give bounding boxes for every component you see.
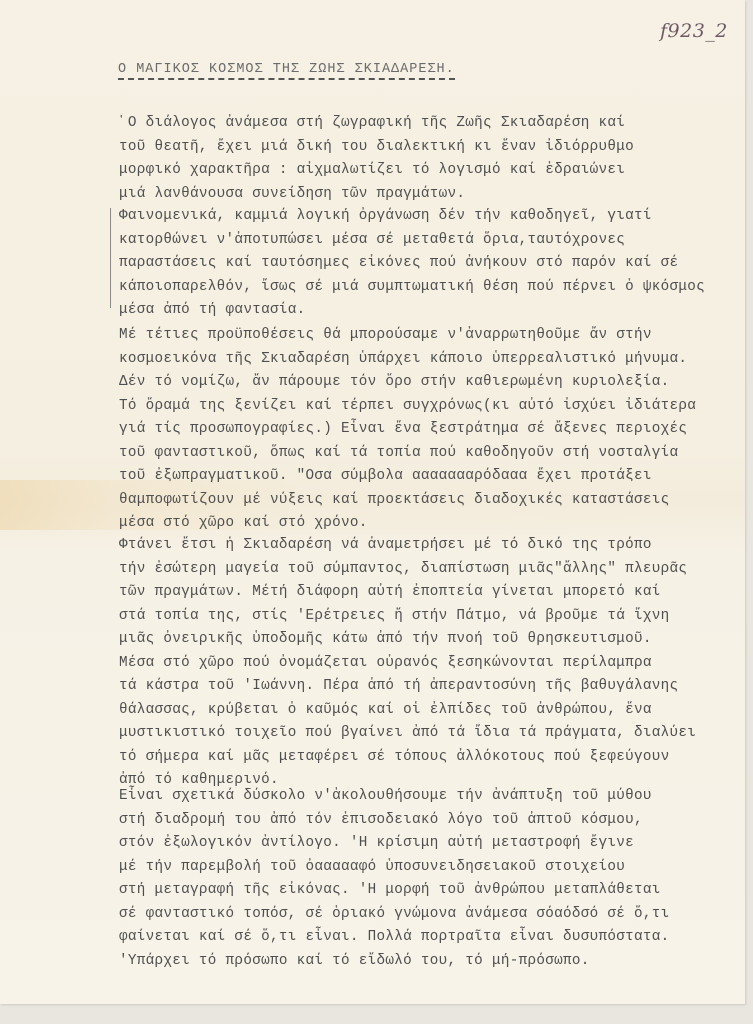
text-line: μυστικιστικό τοιχεῖο πού βγαίνει ἀπό τά … — [119, 722, 709, 746]
text-line: στά τοπία της, στίς 'Ερέτρειες ἤ στήν Πά… — [119, 605, 709, 629]
text-line: φαίνεται καί σέ ὅ,τι εἶναι. Πολλά πορτρα… — [119, 926, 709, 950]
text-line: τοῦ ἐξωπραγματικοῦ. "Οσα σύμβολα ααααααα… — [119, 465, 709, 489]
paragraph-1: ῾Ο διάλογος ἀνάμεσα στή ζωγραφική τῆς Ζω… — [119, 112, 709, 206]
text-line: γιά τίς προσωπογραφίες.) Εἶναι ἕνα ξεστρ… — [119, 418, 709, 442]
text-line: μιᾶς ὀνειρικῆς ὑποδομῆς κάτω ἀπό τήν πνο… — [119, 628, 709, 652]
text-line: θαμποφωτίζουν μέ νύξεις καί προεκτάσεις … — [119, 489, 709, 513]
margin-line-mark — [110, 208, 111, 308]
text-line: μέσα στό χῶρο καί στό χρόνο. — [119, 512, 709, 536]
text-line: μέσα ἀπό τή φαντασία. — [119, 299, 709, 323]
text-line: κάποιοπαρελθόν, ἴσως σέ μιά συμπτωματική… — [119, 276, 709, 300]
text-line: παραστάσεις καί ταυτόσημες εἰκόνες πού ἀ… — [119, 252, 709, 276]
text-line: στόν ἐξωλογικόν ἀντίλογο. 'Η κρίσιμη αὐτ… — [119, 832, 709, 856]
paragraph-5: Εἶναι σχετικά δύσκολο ν'ἀκολουθήσουμε τή… — [119, 785, 709, 973]
text-line: τά κάστρα τοῦ 'Ιωάννη. Πέρα ἀπό τή ἀπερα… — [119, 675, 709, 699]
text-line: τό σήμερα καί μᾶς μεταφέρει σέ τόπους ἀλ… — [119, 746, 709, 770]
paragraph-3: Μέ τέτιες προϋποθέσεις θά μπορούσαμε ν'ἀ… — [119, 324, 709, 536]
text-line: μορφικό χαρακτῆρα : αἰχμαλωτίζει τό λογι… — [119, 159, 709, 183]
text-line: ῾Ο διάλογος ἀνάμεσα στή ζωγραφική τῆς Ζω… — [119, 112, 709, 136]
document-title: Ο ΜΑΓΙΚΟΣ ΚΟΣΜΟΣ ΤΗΣ ΖΩΗΣ ΣΚΙΑΔΑΡΕΣΗ. — [118, 62, 455, 80]
text-line: μέ τήν παρεμβολή τοῦ ὀαααααφό ὑποσυνειδη… — [119, 856, 709, 880]
text-line: Φαινομενικά, καμμιά λογική ὀργάνωση δέν … — [119, 205, 709, 229]
text-line: σέ φανταστικό τοπόσ, σέ ὁριακό γνώμονα ἀ… — [119, 903, 709, 927]
text-line: Φτάνει ἔτσι ἡ Σκιαδαρέση νά ἀναμετρήσει … — [119, 534, 709, 558]
text-line: τοῦ φανταστικοῦ, ὅπως καί τά τοπία πού κ… — [119, 442, 709, 466]
text-line: μιά λανθάνουσα συνείδηση τῶν πραγμάτων. — [119, 183, 709, 207]
text-line: Δέν τό νομίζω, ἄν πάρουμε τόν ὅρο στήν κ… — [119, 371, 709, 395]
text-line: Εἶναι σχετικά δύσκολο ν'ἀκολουθήσουμε τή… — [119, 785, 709, 809]
text-line: κοσμοεικόνα τῆς Σκιαδαρέση ὑπάρχει κάποι… — [119, 348, 709, 372]
paragraph-4: Φτάνει ἔτσι ἡ Σκιαδαρέση νά ἀναμετρήσει … — [119, 534, 709, 793]
text-line: 'Υπάρχει τό πρόσωπο καί τό εἴδωλό του, τ… — [119, 950, 709, 974]
text-line: στή διαδρομή του ἀπό τόν ἐπισοδειακό λόγ… — [119, 809, 709, 833]
text-line: τῶν πραγμάτων. Μέτή διάφορη αὐτή ἐποπτεί… — [119, 581, 709, 605]
document-page: f923_2 Ο ΜΑΓΙΚΟΣ ΚΟΣΜΟΣ ΤΗΣ ΖΩΗΣ ΣΚΙΑΔΑΡ… — [0, 0, 745, 1004]
text-line: Τό ὅραμά της ξενίζει καί τέρπει συγχρόνω… — [119, 395, 709, 419]
text-line: θάλασσας, κρύβεται ὁ καῦμός καί οἱ ἐλπίδ… — [119, 699, 709, 723]
handwritten-reference-number: f923_2 — [660, 20, 728, 42]
text-line: στή μεταγραφή τῆς εἰκόνας. 'Η μορφή τοῦ … — [119, 879, 709, 903]
text-line: τοῦ θεατῆ, ἔχει μιά δική του διαλεκτική … — [119, 136, 709, 160]
text-line: κατορθώνει ν'ἀποτυπώσει μέσα σέ μεταθετά… — [119, 229, 709, 253]
text-line: τήν ἐσώτερη μαγεία τοῦ σύμπαντος, διαπίσ… — [119, 558, 709, 582]
paragraph-2: Φαινομενικά, καμμιά λογική ὀργάνωση δέν … — [119, 205, 709, 323]
text-line: Μέ τέτιες προϋποθέσεις θά μπορούσαμε ν'ἀ… — [119, 324, 709, 348]
text-line: Μέσα στό χῶρο πού ὀνομάζεται οὐρανός ξεσ… — [119, 652, 709, 676]
